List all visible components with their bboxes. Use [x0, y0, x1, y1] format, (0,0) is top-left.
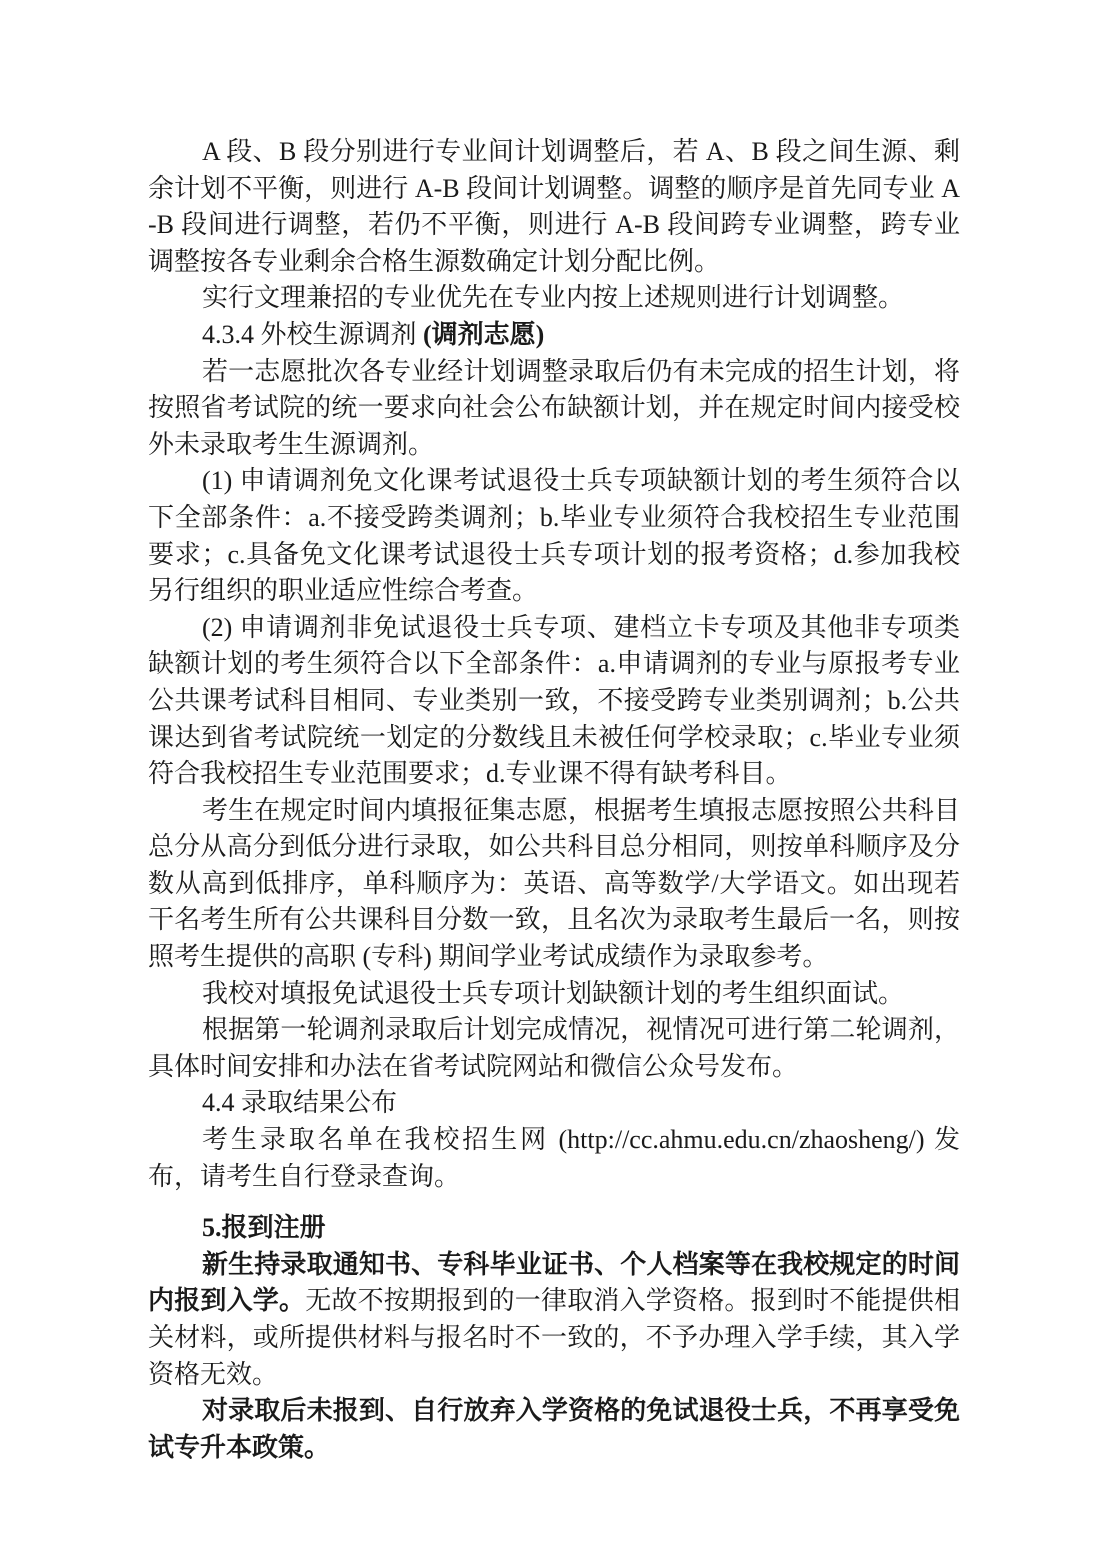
paragraph-second-round-transfer: 根据第一轮调剂录取后计划完成情况，视情况可进行第二轮调剂，具体时间安排和办法在省…	[148, 1012, 960, 1085]
paragraph-text: 若一志愿批次各专业经计划调整录取后仍有未完成的招生计划，将按照省考试院的统一要求…	[148, 357, 960, 459]
paragraph-registration-requirements: 新生持录取通知书、专科毕业证书、个人档案等在我校规定的时间内报到入学。无故不按期…	[148, 1247, 960, 1393]
document-page: A 段、B 段分别进行专业间计划调整后，若 A、B 段之间生源、剩余计划不平衡，…	[0, 0, 1102, 1559]
paragraph-text: 考生录取名单在我校招生网 (	[202, 1125, 567, 1154]
paragraph-text: 对录取后未报到、自行放弃入学资格的免试退役士兵，不再享受免试专升本政策。	[148, 1396, 960, 1462]
paragraph-admission-result-publication: 考生录取名单在我校招生网 (http://cc.ahmu.edu.cn/zhao…	[148, 1122, 960, 1195]
paragraph-item-1-exempt-veteran-conditions: (1) 申请调剂免文化课考试退役士兵专项缺额计划的考生须符合以下全部条件：a.不…	[148, 463, 960, 609]
paragraph-text: 我校对填报免试退役士兵专项计划缺额计划的考生组织面试。	[202, 979, 904, 1008]
section-number-and-title: 5.报到注册	[202, 1213, 326, 1242]
section-heading-5-registration: 5.报到注册	[148, 1210, 960, 1247]
section-heading-4-3-4: 4.3.4 外校生源调剂 (调剂志愿)	[148, 317, 960, 354]
paragraph-ab-segment-plan-adjustment: A 段、B 段分别进行专业间计划调整后，若 A、B 段之间生源、剩余计划不平衡，…	[148, 134, 960, 280]
paragraph-text: 根据第一轮调剂录取后计划完成情况，视情况可进行第二轮调剂，具体时间安排和办法在省…	[148, 1015, 960, 1081]
paragraph-mixed-enrollment-priority: 实行文理兼招的专业优先在专业内按上述规则进行计划调整。	[148, 280, 960, 317]
section-heading-bold-note: (调剂志愿)	[423, 320, 544, 349]
paragraph-text: 实行文理兼招的专业优先在专业内按上述规则进行计划调整。	[202, 283, 904, 312]
section-number-and-title: 4.4 录取结果公布	[202, 1088, 397, 1117]
paragraph-veteran-forfeit-policy: 对录取后未报到、自行放弃入学资格的免试退役士兵，不再享受免试专升本政策。	[148, 1393, 960, 1466]
document-body: A 段、B 段分别进行专业间计划调整后，若 A、B 段之间生源、剩余计划不平衡，…	[148, 134, 960, 1466]
paragraph-text: (1) 申请调剂免文化课考试退役士兵专项缺额计划的考生须符合以下全部条件：a.不…	[148, 466, 960, 605]
paragraph-text: 考生在规定时间内填报征集志愿，根据考生填报志愿按照公共科目总分从高分到低分进行录…	[148, 796, 960, 971]
paragraph-transfer-intro: 若一志愿批次各专业经计划调整录取后仍有未完成的招生计划，将按照省考试院的统一要求…	[148, 354, 960, 464]
section-heading-4-4: 4.4 录取结果公布	[148, 1085, 960, 1122]
paragraph-item-2-other-transfer-conditions: (2) 申请调剂非免试退役士兵专项、建档立卡专项及其他非专项类缺额计划的考生须符…	[148, 610, 960, 793]
admissions-site-url[interactable]: http://cc.ahmu.edu.cn/zhaosheng/	[567, 1125, 916, 1154]
paragraph-supplementary-volunteer-admission-rule: 考生在规定时间内填报征集志愿，根据考生填报志愿按照公共科目总分从高分到低分进行录…	[148, 793, 960, 976]
paragraph-text: A 段、B 段分别进行专业间计划调整后，若 A、B 段之间生源、剩余计划不平衡，…	[148, 137, 960, 276]
section-number-and-title: 4.3.4 外校生源调剂	[202, 320, 423, 349]
paragraph-text: (2) 申请调剂非免试退役士兵专项、建档立卡专项及其他非专项类缺额计划的考生须符…	[148, 613, 960, 788]
paragraph-interview-note: 我校对填报免试退役士兵专项计划缺额计划的考生组织面试。	[148, 976, 960, 1013]
